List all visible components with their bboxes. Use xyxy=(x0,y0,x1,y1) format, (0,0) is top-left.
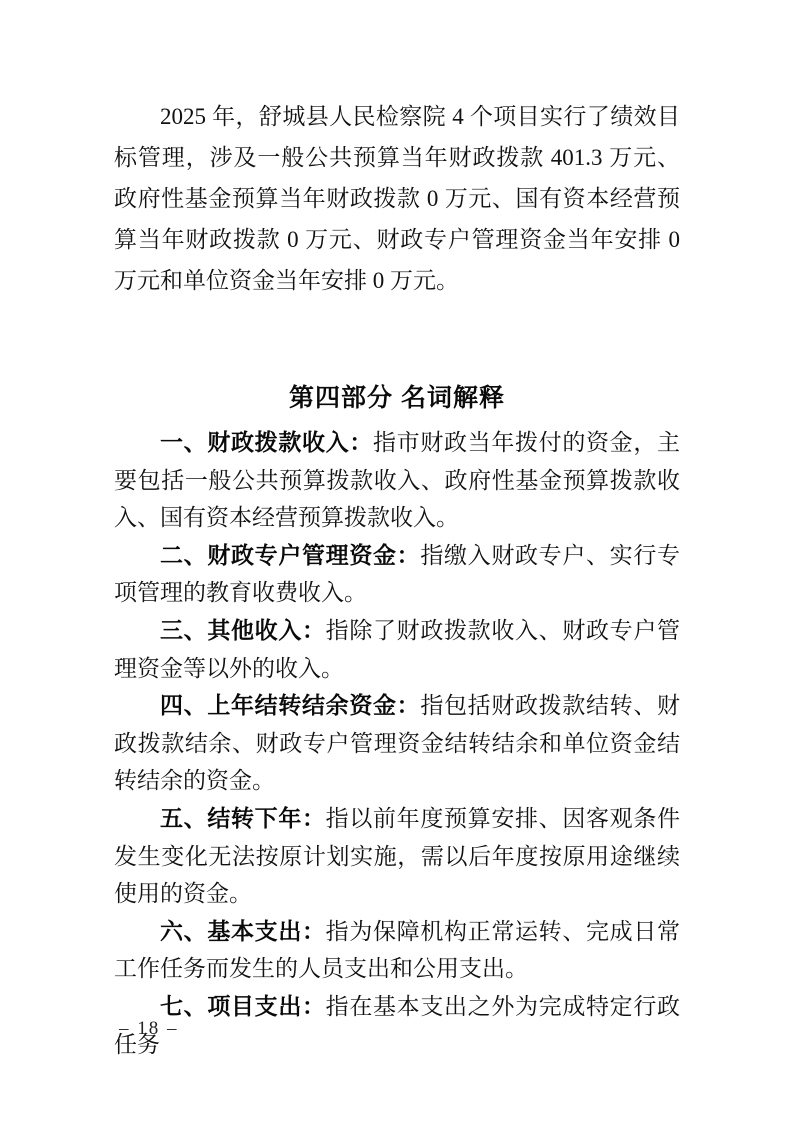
definition-item-5: 五、结转下年：指以前年度预算安排、因客观条件发生变化无法按原计划实施，需以后年度… xyxy=(114,800,680,913)
document-page: 2025 年，舒城县人民检察院 4 个项目实行了绩效目标管理，涉及一般公共预算当… xyxy=(0,0,793,1122)
section-heading: 第四部分 名词解释 xyxy=(114,377,680,419)
definition-term: 六、基本支出： xyxy=(160,918,326,944)
page-number: – 18 – xyxy=(119,1018,179,1040)
definition-term: 三、其他收入： xyxy=(160,617,326,643)
definition-item-2: 二、财政专户管理资金：指缴入财政专户、实行专项管理的教育收费收入。 xyxy=(114,537,680,612)
definition-item-1: 一、财政拨款收入：指市财政当年拨付的资金，主要包括一般公共预算拨款收入、政府性基… xyxy=(114,424,680,537)
page-content: 2025 年，舒城县人民检察院 4 个项目实行了绩效目标管理，涉及一般公共预算当… xyxy=(114,96,680,1063)
definition-item-6: 六、基本支出：指为保障机构正常运转、完成日常工作任务而发生的人员支出和公用支出。 xyxy=(114,913,680,988)
definition-item-4: 四、上年结转结余资金：指包括财政拨款结转、财政拨款结余、财政专户管理资金结转结余… xyxy=(114,687,680,800)
definition-term: 七、项目支出： xyxy=(160,993,326,1019)
definition-item-7: 七、项目支出：指在基本支出之外为完成特定行政任务 xyxy=(114,988,680,1063)
definition-term: 四、上年结转结余资金： xyxy=(160,692,420,718)
intro-paragraph: 2025 年，舒城县人民检察院 4 个项目实行了绩效目标管理，涉及一般公共预算当… xyxy=(114,96,680,301)
definition-term: 二、财政专户管理资金： xyxy=(160,542,420,568)
definition-term: 一、财政拨款收入： xyxy=(160,429,373,455)
definition-item-3: 三、其他收入：指除了财政拨款收入、财政专户管理资金等以外的收入。 xyxy=(114,612,680,687)
definition-term: 五、结转下年： xyxy=(160,805,326,831)
